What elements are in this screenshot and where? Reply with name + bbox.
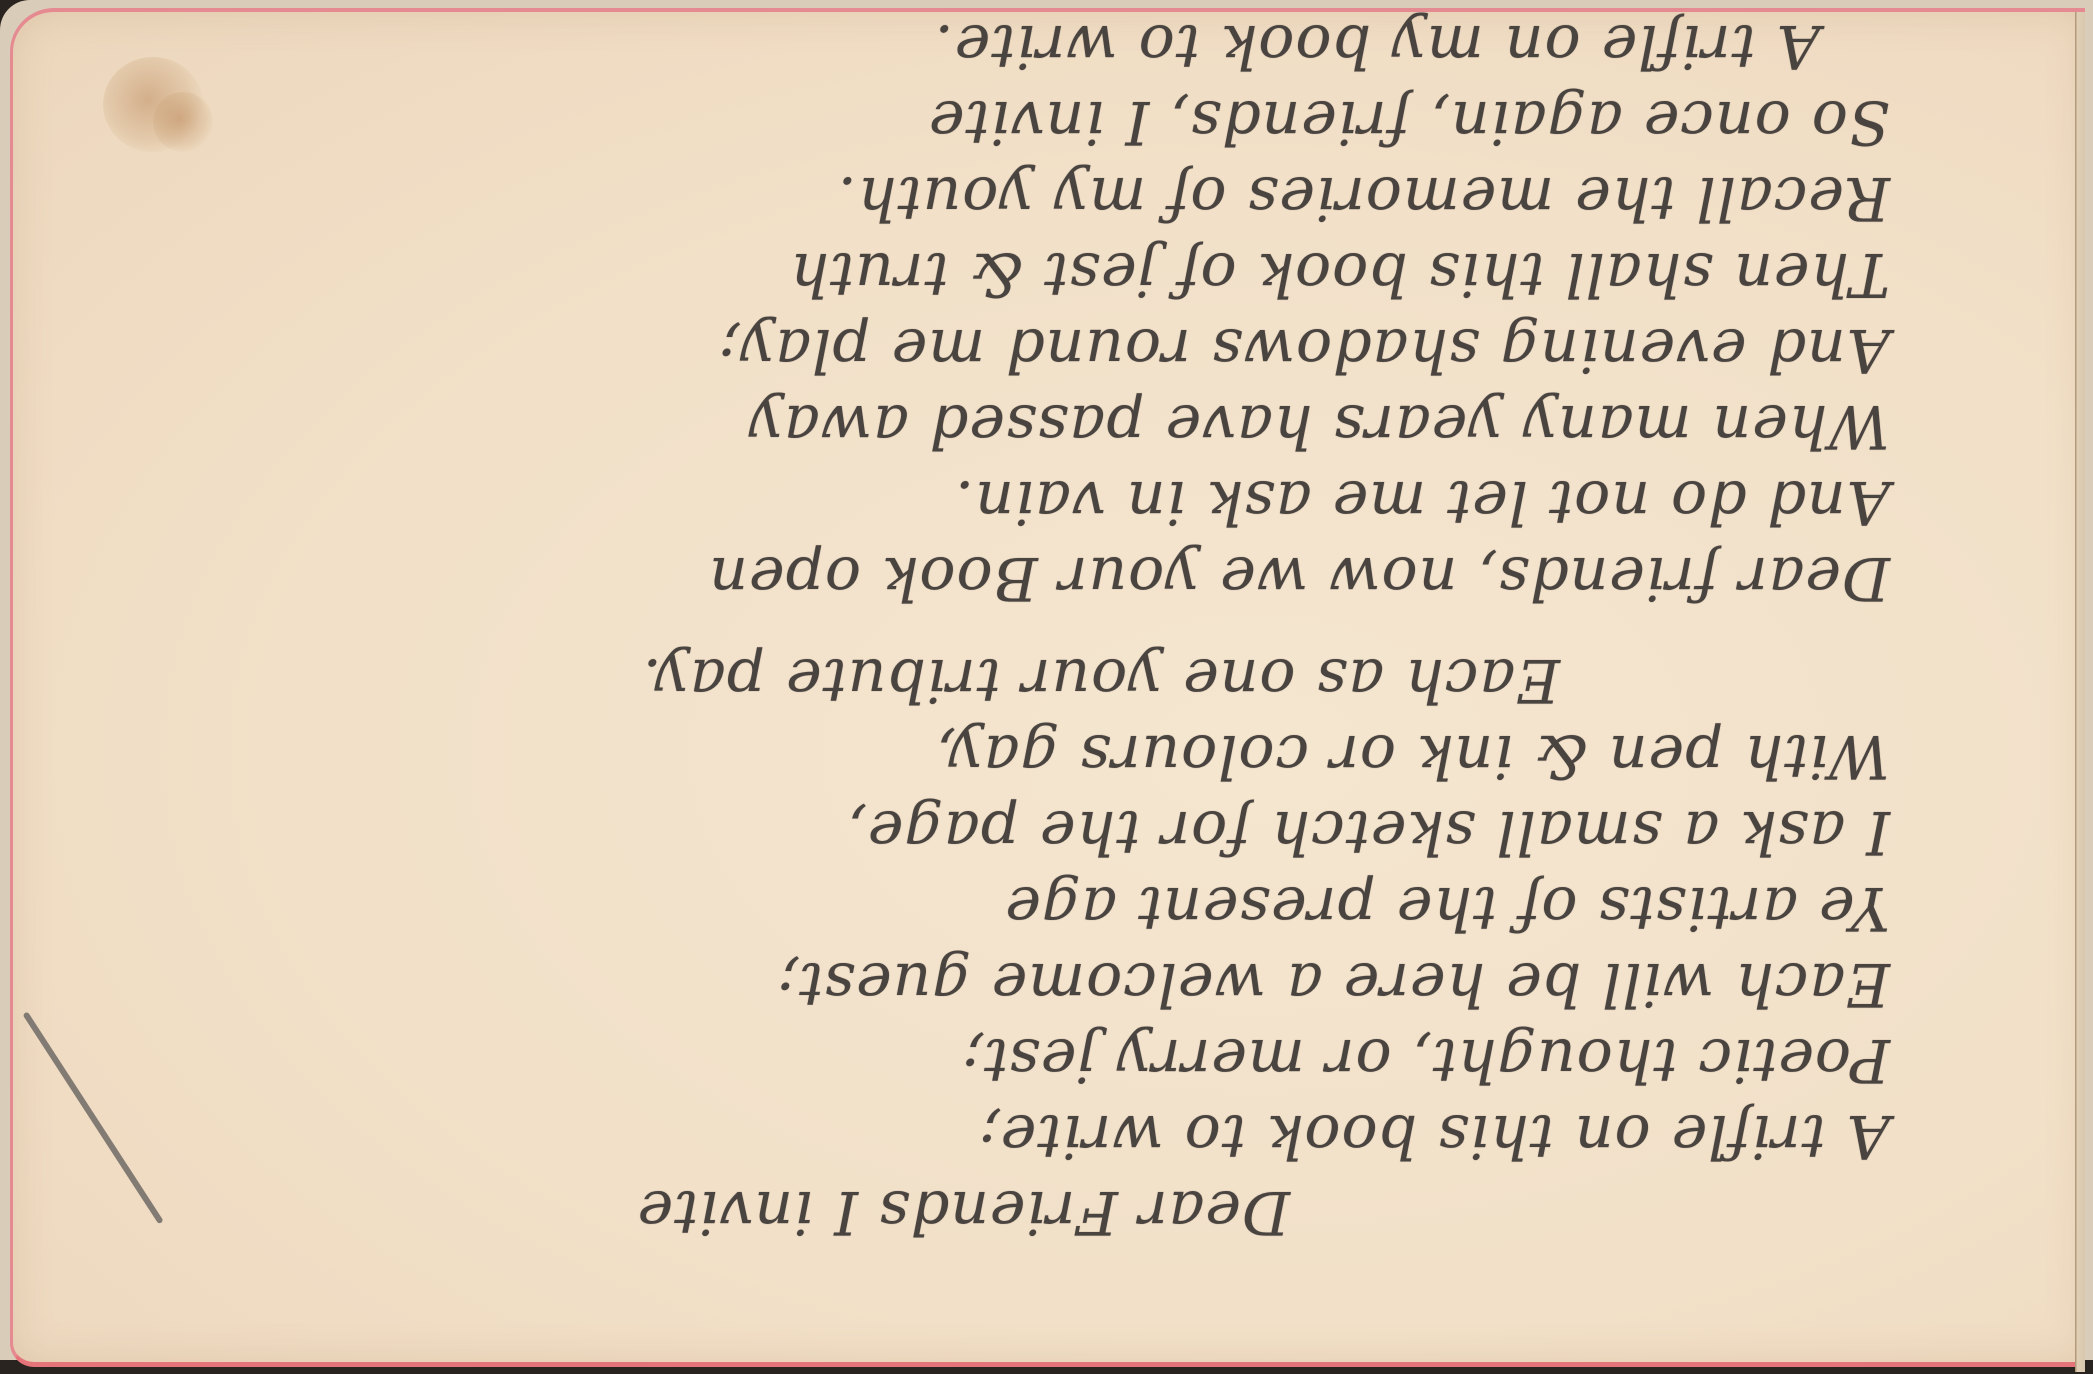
poem-line: With pen & ink or colours gay,	[190, 718, 1890, 794]
poem-line: Each as one your tribute pay.	[190, 642, 1890, 718]
poem-line: And evening shadows round me play;	[190, 312, 1890, 388]
poem-line: Dear Friends I invite	[190, 1174, 1890, 1250]
poem-line: So once again, friends, I invite	[190, 84, 1890, 160]
poem-line: And do not let me ask in vain.	[190, 464, 1890, 540]
stanza-1: Dear Friends I invite A trifle on this b…	[190, 642, 1890, 1250]
stanza-2: Dear friends, now we your Book open And …	[190, 8, 1890, 616]
poem-line: Ye artists of the present age	[190, 870, 1890, 946]
poem-line: Each will be here a welcome guest;	[190, 946, 1890, 1022]
handwritten-poem: Dear Friends I invite A trifle on this b…	[190, 90, 1890, 1250]
poem-line: Recall the memories of my youth.	[190, 160, 1890, 236]
poem-line: I ask a small sketch for the page,	[190, 794, 1890, 870]
poem-line: Dear friends, now we your Book open	[190, 540, 1890, 616]
poem-line: A trifle on this book to write;	[190, 1098, 1890, 1174]
poem-line: Poetic thought, or merry jest;	[190, 1022, 1890, 1098]
book-gutter	[2075, 12, 2085, 1372]
poem-line: A trifle on my book to write.	[190, 8, 1890, 84]
poem-line: When many years have passed away	[190, 388, 1890, 464]
page-photo: Dear Friends I invite A trifle on this b…	[0, 0, 2093, 1374]
poem-line: Then shall this book of jest & truth	[190, 236, 1890, 312]
